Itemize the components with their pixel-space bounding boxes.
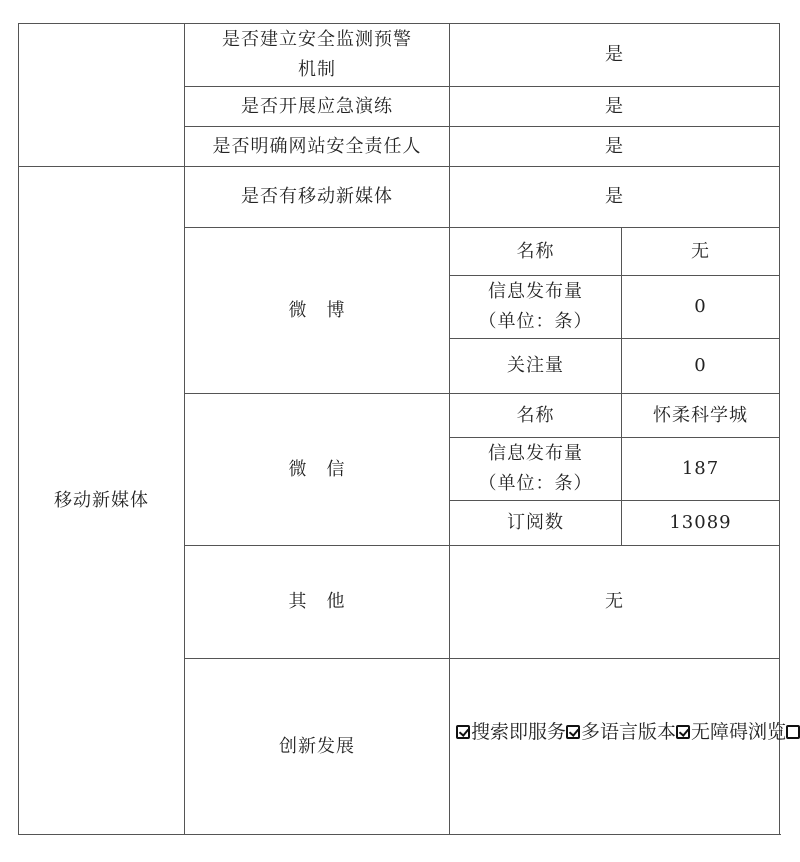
has-mobile-media-label: 是否有移动新媒体 bbox=[185, 167, 450, 228]
table-row: 移动新媒体 是否有移动新媒体 是 bbox=[19, 167, 780, 228]
wechat-label: 微 信 bbox=[185, 394, 450, 546]
label-line: 信息发布量 bbox=[450, 439, 621, 469]
monitoring-warning-label: 是否建立安全监测预警 机制 bbox=[185, 24, 450, 87]
weibo-posts-label: 信息发布量 （单位：条） bbox=[450, 276, 622, 339]
has-mobile-media-value: 是 bbox=[450, 167, 780, 228]
checkbox-label: 无障碍浏览 bbox=[691, 721, 786, 743]
weibo-posts-value: 0 bbox=[622, 276, 780, 339]
wechat-name-value: 怀柔科学城 bbox=[622, 394, 780, 438]
table-row: 是否建立安全监测预警 机制 是 bbox=[19, 24, 780, 87]
label-line: 机制 bbox=[185, 55, 449, 85]
wechat-subscribers-label: 订阅数 bbox=[450, 501, 622, 546]
emergency-drill-value: 是 bbox=[450, 87, 780, 127]
checked-checkbox-icon[interactable] bbox=[456, 725, 470, 739]
weibo-followers-label: 关注量 bbox=[450, 339, 622, 394]
label-line: （单位：条） bbox=[450, 469, 621, 499]
weibo-followers-value: 0 bbox=[622, 339, 780, 394]
weibo-name-label: 名称 bbox=[450, 228, 622, 276]
security-officer-value: 是 bbox=[450, 127, 780, 167]
label-line: 是否建立安全监测预警 bbox=[185, 25, 449, 55]
innovation-checkbox-group: 搜索即服务多语言版本无障碍浏览千人千网其他 bbox=[456, 717, 800, 747]
mobile-media-section-label: 移动新媒体 bbox=[19, 167, 185, 835]
wechat-posts-value: 187 bbox=[622, 438, 780, 501]
checkbox-label: 搜索即服务 bbox=[471, 721, 566, 743]
innovation-section-label: 创新发展 bbox=[185, 659, 450, 835]
innovation-options-cell: 搜索即服务多语言版本无障碍浏览千人千网其他 bbox=[450, 659, 780, 835]
label-line: （单位：条） bbox=[450, 307, 621, 337]
wechat-subscribers-value: 13089 bbox=[622, 501, 780, 546]
website-report-table: 是否建立安全监测预警 机制 是 是否开展应急演练 是 是否明确网站安全责任人 是… bbox=[18, 23, 780, 835]
wechat-name-label: 名称 bbox=[450, 394, 622, 438]
weibo-name-value: 无 bbox=[622, 228, 780, 276]
wechat-posts-label: 信息发布量 （单位：条） bbox=[450, 438, 622, 501]
other-media-value: 无 bbox=[450, 546, 780, 659]
other-media-label: 其 他 bbox=[185, 546, 450, 659]
security-section-label-cell bbox=[19, 24, 185, 167]
label-line: 信息发布量 bbox=[450, 277, 621, 307]
unchecked-checkbox-icon[interactable] bbox=[786, 725, 800, 739]
emergency-drill-label: 是否开展应急演练 bbox=[185, 87, 450, 127]
checkbox-label: 多语言版本 bbox=[581, 721, 676, 743]
security-officer-label: 是否明确网站安全责任人 bbox=[185, 127, 450, 167]
monitoring-warning-value: 是 bbox=[450, 24, 780, 87]
checked-checkbox-icon[interactable] bbox=[676, 725, 690, 739]
weibo-label: 微 博 bbox=[185, 228, 450, 394]
checked-checkbox-icon[interactable] bbox=[566, 725, 580, 739]
